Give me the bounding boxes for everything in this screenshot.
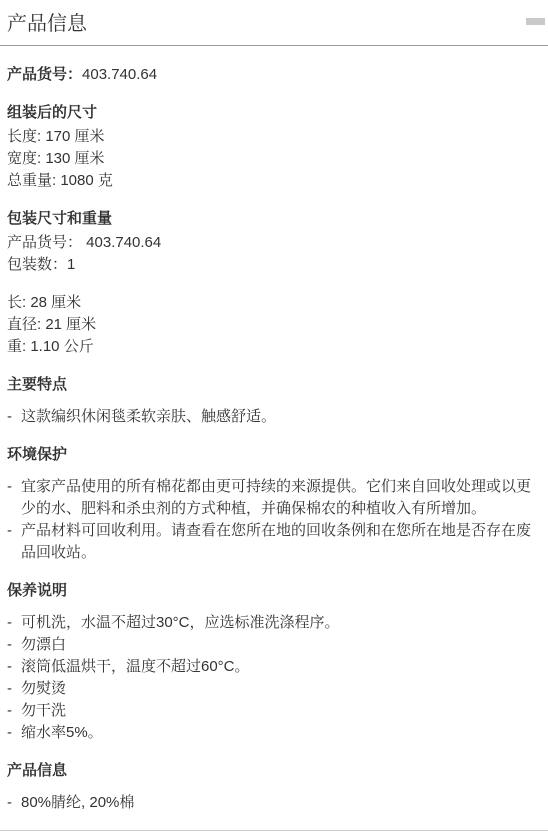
list-item-text: 勿干洗 bbox=[21, 700, 540, 722]
list-item: -勿干洗 bbox=[7, 700, 540, 722]
list-item: -可机洗，水温不超过30°C，应选标准洗涤程序。 bbox=[7, 612, 540, 634]
list-item: -80%腈纶, 20%棉 bbox=[7, 792, 540, 814]
list-item: -勿熨烫 bbox=[7, 678, 540, 700]
list-item-text: 这款编织休闲毯柔软亲肤、触感舒适。 bbox=[21, 406, 540, 428]
article-number-label: 产品货号： bbox=[7, 66, 82, 83]
article-number-row: 产品货号：403.740.64 bbox=[7, 64, 540, 86]
detail-line: 长度: 170 厘米 bbox=[7, 126, 540, 148]
bullet-marker: - bbox=[7, 678, 21, 700]
bullet-marker: - bbox=[7, 476, 21, 520]
bullet-list: -这款编织休闲毯柔软亲肤、触感舒适。 bbox=[7, 406, 540, 428]
detail-line: 长: 28 厘米 bbox=[7, 292, 540, 314]
section-heading: 环境保护 bbox=[7, 444, 540, 466]
list-item-text: 勿漂白 bbox=[21, 634, 540, 656]
collapse-minus-icon[interactable] bbox=[526, 18, 545, 25]
section: 包装尺寸和重量产品货号： 403.740.64包装数：1长: 28 厘米直径: … bbox=[7, 208, 540, 358]
detail-line: 包装数：1 bbox=[7, 254, 540, 276]
list-item-text: 80%腈纶, 20%棉 bbox=[21, 792, 540, 814]
section-heading: 主要特点 bbox=[7, 374, 540, 396]
section-heading: 产品信息 bbox=[7, 760, 540, 782]
list-item: -这款编织休闲毯柔软亲肤、触感舒适。 bbox=[7, 406, 540, 428]
bullet-marker: - bbox=[7, 722, 21, 744]
list-item-text: 可机洗，水温不超过30°C，应选标准洗涤程序。 bbox=[21, 612, 540, 634]
list-item: -宜家产品使用的所有棉花都由更可持续的来源提供。它们来自回收处理或以更少的水、肥… bbox=[7, 476, 540, 520]
bullet-marker: - bbox=[7, 634, 21, 656]
bullet-list: -80%腈纶, 20%棉 bbox=[7, 792, 540, 814]
article-number-value: 403.740.64 bbox=[82, 66, 157, 83]
bullet-marker: - bbox=[7, 792, 21, 814]
section: 环境保护-宜家产品使用的所有棉花都由更可持续的来源提供。它们来自回收处理或以更少… bbox=[7, 444, 540, 564]
detail-line: 重: 1.10 公斤 bbox=[7, 336, 540, 358]
product-info-panel: 产品信息 产品货号：403.740.64 组装后的尺寸长度: 170 厘米宽度:… bbox=[0, 0, 548, 831]
bullet-marker: - bbox=[7, 520, 21, 564]
section: 组装后的尺寸长度: 170 厘米宽度: 130 厘米总重量: 1080 克 bbox=[7, 102, 540, 192]
bullet-marker: - bbox=[7, 406, 21, 428]
detail-lines-block: 产品货号： 403.740.64包装数：1 bbox=[7, 232, 540, 276]
panel-body: 产品货号：403.740.64 组装后的尺寸长度: 170 厘米宽度: 130 … bbox=[0, 46, 548, 831]
sections-container: 组装后的尺寸长度: 170 厘米宽度: 130 厘米总重量: 1080 克包装尺… bbox=[7, 102, 540, 814]
list-item: -滚筒低温烘干，温度不超过60°C。 bbox=[7, 656, 540, 678]
detail-line: 宽度: 130 厘米 bbox=[7, 148, 540, 170]
bullet-marker: - bbox=[7, 612, 21, 634]
detail-lines-block: 长度: 170 厘米宽度: 130 厘米总重量: 1080 克 bbox=[7, 126, 540, 192]
detail-lines-block: 长: 28 厘米直径: 21 厘米重: 1.10 公斤 bbox=[7, 292, 540, 358]
list-item-text: 勿熨烫 bbox=[21, 678, 540, 700]
list-item: -缩水率5%。 bbox=[7, 722, 540, 744]
bullet-list: -宜家产品使用的所有棉花都由更可持续的来源提供。它们来自回收处理或以更少的水、肥… bbox=[7, 476, 540, 564]
section-heading: 保养说明 bbox=[7, 580, 540, 602]
section: 主要特点-这款编织休闲毯柔软亲肤、触感舒适。 bbox=[7, 374, 540, 428]
list-item-text: 缩水率5%。 bbox=[21, 722, 540, 744]
bullet-marker: - bbox=[7, 700, 21, 722]
section-heading: 组装后的尺寸 bbox=[7, 102, 540, 124]
list-item-text: 宜家产品使用的所有棉花都由更可持续的来源提供。它们来自回收处理或以更少的水、肥料… bbox=[21, 476, 540, 520]
bullet-marker: - bbox=[7, 656, 21, 678]
section: 保养说明-可机洗，水温不超过30°C，应选标准洗涤程序。-勿漂白-滚筒低温烘干，… bbox=[7, 580, 540, 744]
bullet-list: -可机洗，水温不超过30°C，应选标准洗涤程序。-勿漂白-滚筒低温烘干，温度不超… bbox=[7, 612, 540, 744]
detail-line: 产品货号： 403.740.64 bbox=[7, 232, 540, 254]
detail-line: 直径: 21 厘米 bbox=[7, 314, 540, 336]
list-item: -勿漂白 bbox=[7, 634, 540, 656]
accordion-header[interactable]: 产品信息 bbox=[0, 0, 548, 46]
section-heading: 包装尺寸和重量 bbox=[7, 208, 540, 230]
list-item-text: 产品材料可回收利用。请查看在您所在地的回收条例和在您所在地是否存在废品回收站。 bbox=[21, 520, 540, 564]
page-title: 产品信息 bbox=[7, 13, 540, 36]
detail-line: 总重量: 1080 克 bbox=[7, 170, 540, 192]
list-item-text: 滚筒低温烘干，温度不超过60°C。 bbox=[21, 656, 540, 678]
section: 产品信息-80%腈纶, 20%棉 bbox=[7, 760, 540, 814]
list-item: -产品材料可回收利用。请查看在您所在地的回收条例和在您所在地是否存在废品回收站。 bbox=[7, 520, 540, 564]
